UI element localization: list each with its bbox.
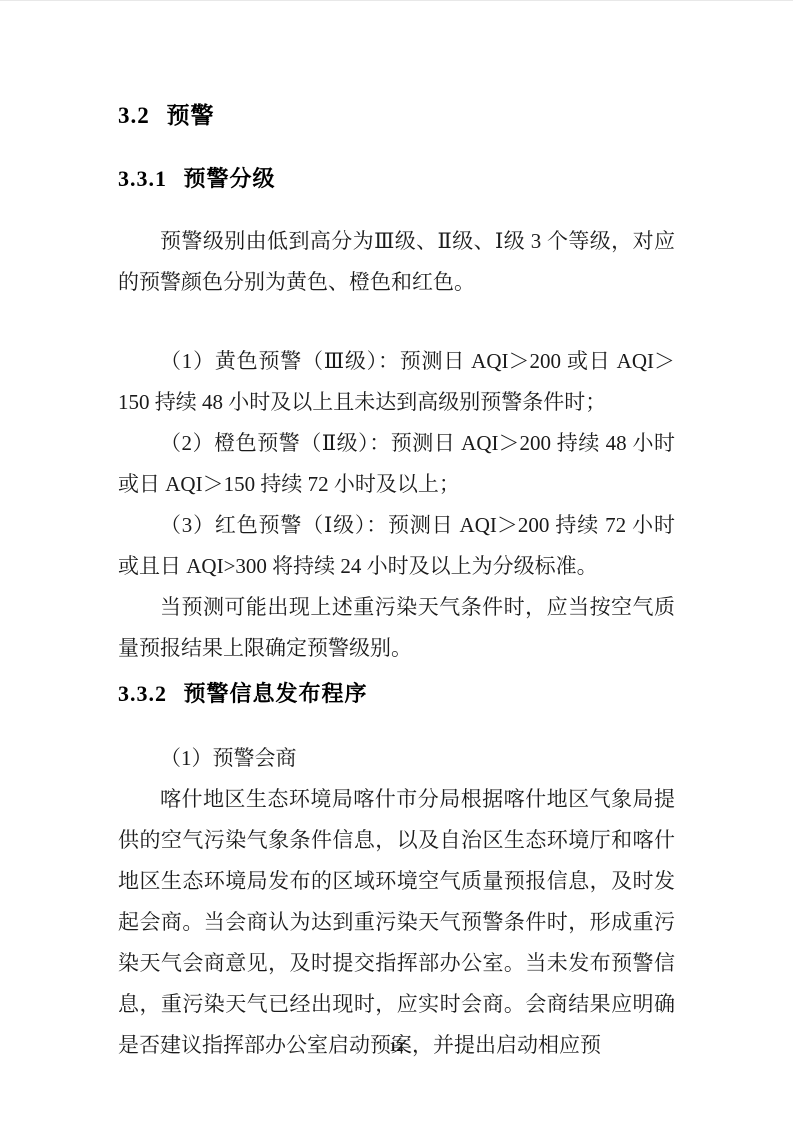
paragraph-consult-title: （1）预警会商: [118, 738, 675, 779]
page-footer: 12: [0, 1038, 793, 1056]
document-page: 3.2 预警 3.3.1 预警分级 预警级别由低到高分为Ⅲ级、Ⅱ级、Ⅰ级 3 个…: [0, 0, 793, 1122]
section-heading-3-2: 3.2 预警: [118, 101, 675, 131]
paragraph-warning-levels: 预警级别由低到高分为Ⅲ级、Ⅱ级、Ⅰ级 3 个等级，对应的预警颜色分别为黄色、橙色…: [118, 221, 675, 303]
paragraph-consultation: 喀什地区生态环境局喀什市分局根据喀什地区气象局提供的空气污染气象条件信息，以及自…: [118, 779, 675, 1066]
page-number: 12: [390, 1040, 404, 1055]
paragraph-red-warning: （3）红色预警（Ⅰ级）：预测日 AQI＞200 持续 72 小时或且日 AQI>…: [118, 505, 675, 587]
paragraph-yellow-warning: （1）黄色预警（Ⅲ级）：预测日 AQI＞200 或日 AQI＞150 持续 48…: [118, 341, 675, 423]
paragraph-determine-level: 当预测可能出现上述重污染天气条件时，应当按空气质量预报结果上限确定预警级别。: [118, 587, 675, 669]
subsection-heading-3-3-2: 3.3.2 预警信息发布程序: [118, 679, 675, 709]
paragraph-orange-warning: （2）橙色预警（Ⅱ级）：预测日 AQI＞200 持续 48 小时或日 AQI＞1…: [118, 423, 675, 505]
subsection-heading-3-3-1: 3.3.1 预警分级: [118, 164, 675, 194]
